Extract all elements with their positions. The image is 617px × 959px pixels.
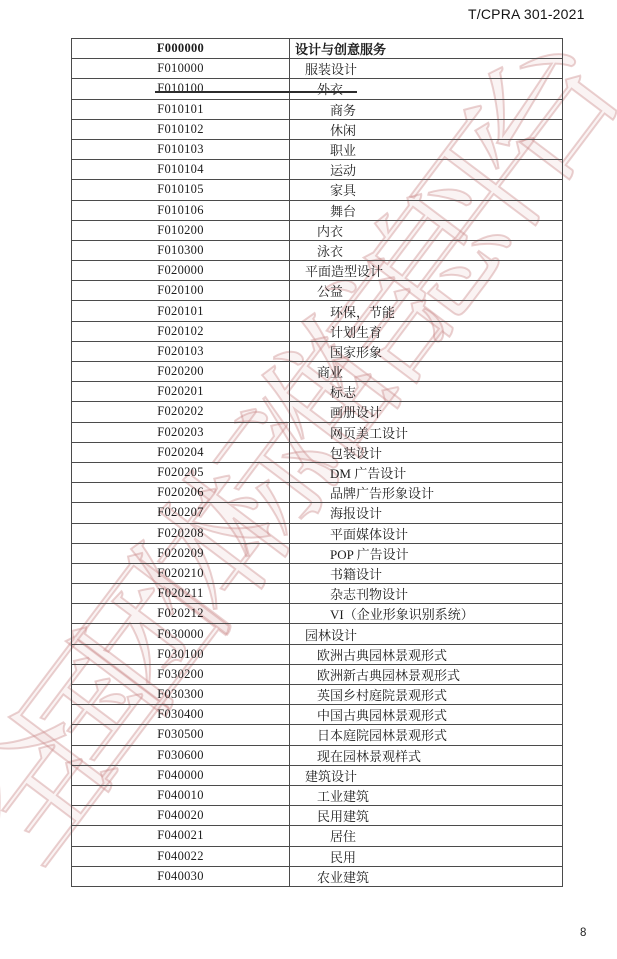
code-cell: F020201 (72, 382, 290, 402)
label-cell: 中国古典园林景观形式 (290, 705, 563, 725)
table-row: F030600现在园林景观样式 (72, 745, 563, 765)
label-cell: 画册设计 (290, 402, 563, 422)
code-cell: F020211 (72, 584, 290, 604)
code-cell: F010000 (72, 59, 290, 79)
label-cell: 服装设计 (290, 59, 563, 79)
table-row: F030000园林设计 (72, 624, 563, 644)
document-standard-number: T/CPRA 301-2021 (468, 6, 585, 22)
code-cell: F020207 (72, 503, 290, 523)
table-row: F020201标志 (72, 382, 563, 402)
label-cell: 日本庭院园林景观形式 (290, 725, 563, 745)
table-row: F020207海报设计 (72, 503, 563, 523)
label-cell: 网页美工设计 (290, 422, 563, 442)
table-row: F010300泳衣 (72, 240, 563, 260)
table-row: F010104运动 (72, 160, 563, 180)
code-cell: F030100 (72, 644, 290, 664)
code-cell: F000000 (72, 39, 290, 59)
classification-code-table: F000000设计与创意服务F010000服装设计F010100外衣F01010… (71, 38, 563, 887)
label-cell: 商业 (290, 362, 563, 382)
code-cell: F020000 (72, 261, 290, 281)
code-cell: F040030 (72, 866, 290, 886)
label-cell: VI（企业形象识别系统） (290, 604, 563, 624)
table-row: F010000服装设计 (72, 59, 563, 79)
label-cell: 工业建筑 (290, 785, 563, 805)
annotation-underline (155, 91, 357, 93)
label-cell: 现在园林景观样式 (290, 745, 563, 765)
table-row: F030500日本庭院园林景观形式 (72, 725, 563, 745)
table-row: F020205DM 广告设计 (72, 462, 563, 482)
table-row: F010102休闲 (72, 119, 563, 139)
code-cell: F020102 (72, 321, 290, 341)
table-row: F020209POP 广告设计 (72, 543, 563, 563)
page-number: 8 (580, 927, 586, 939)
table-row: F010101商务 (72, 99, 563, 119)
code-cell: F010105 (72, 180, 290, 200)
label-cell: 民用建筑 (290, 806, 563, 826)
table-row: F020000平面造型设计 (72, 261, 563, 281)
label-cell: 农业建筑 (290, 866, 563, 886)
table-row: F040020民用建筑 (72, 806, 563, 826)
table-row: F020208平面媒体设计 (72, 523, 563, 543)
code-cell: F010300 (72, 240, 290, 260)
label-cell: 舞台 (290, 200, 563, 220)
label-cell: 国家形象 (290, 341, 563, 361)
label-cell: 海报设计 (290, 503, 563, 523)
code-cell: F020200 (72, 362, 290, 382)
code-cell: F020101 (72, 301, 290, 321)
table-row: F020100公益 (72, 281, 563, 301)
code-cell: F030500 (72, 725, 290, 745)
label-cell: 平面造型设计 (290, 261, 563, 281)
label-cell: 建筑设计 (290, 765, 563, 785)
code-cell: F040010 (72, 785, 290, 805)
table-row: F030300英国乡村庭院景观形式 (72, 685, 563, 705)
table-row: F020206品牌广告形象设计 (72, 483, 563, 503)
table-row: F010100外衣 (72, 79, 563, 99)
label-cell: 居住 (290, 826, 563, 846)
label-cell: 杂志刊物设计 (290, 584, 563, 604)
code-cell: F020205 (72, 462, 290, 482)
table-row: F040030农业建筑 (72, 866, 563, 886)
label-cell: 民用 (290, 846, 563, 866)
table-row: F000000设计与创意服务 (72, 39, 563, 59)
code-cell: F040022 (72, 846, 290, 866)
table-row: F040021居住 (72, 826, 563, 846)
table-row: F020101环保，节能 (72, 301, 563, 321)
table-row: F020202画册设计 (72, 402, 563, 422)
code-cell: F020103 (72, 341, 290, 361)
table-row: F030400中国古典园林景观形式 (72, 705, 563, 725)
code-cell: F020203 (72, 422, 290, 442)
label-cell: 品牌广告形象设计 (290, 483, 563, 503)
code-cell: F030000 (72, 624, 290, 644)
table-row: F010106舞台 (72, 200, 563, 220)
label-cell: 设计与创意服务 (290, 39, 563, 59)
code-cell: F020208 (72, 523, 290, 543)
code-cell: F040021 (72, 826, 290, 846)
code-cell: F020210 (72, 563, 290, 583)
table-row: F020212VI（企业形象识别系统） (72, 604, 563, 624)
label-cell: 欧洲古典园林景观形式 (290, 644, 563, 664)
table-row: F020102计划生育 (72, 321, 563, 341)
label-cell: 包装设计 (290, 442, 563, 462)
table-row: F020103国家形象 (72, 341, 563, 361)
label-cell: 平面媒体设计 (290, 523, 563, 543)
label-cell: 书籍设计 (290, 563, 563, 583)
label-cell: 公益 (290, 281, 563, 301)
table-row: F040000建筑设计 (72, 765, 563, 785)
code-cell: F030200 (72, 664, 290, 684)
code-cell: F040020 (72, 806, 290, 826)
label-cell: 运动 (290, 160, 563, 180)
table-row: F040022民用 (72, 846, 563, 866)
label-cell: 英国乡村庭院景观形式 (290, 685, 563, 705)
code-cell: F010101 (72, 99, 290, 119)
code-cell: F010102 (72, 119, 290, 139)
label-cell: 职业 (290, 139, 563, 159)
label-cell: 标志 (290, 382, 563, 402)
table-row: F020203网页美工设计 (72, 422, 563, 442)
label-cell: 外衣 (290, 79, 563, 99)
table-body: F000000设计与创意服务F010000服装设计F010100外衣F01010… (72, 39, 563, 887)
code-cell: F010103 (72, 139, 290, 159)
table-row: F020200商业 (72, 362, 563, 382)
code-cell: F010200 (72, 220, 290, 240)
table-row: F020210书籍设计 (72, 563, 563, 583)
table-row: F020204包装设计 (72, 442, 563, 462)
code-cell: F020206 (72, 483, 290, 503)
table-row: F010200内衣 (72, 220, 563, 240)
code-cell: F020100 (72, 281, 290, 301)
code-cell: F020202 (72, 402, 290, 422)
code-cell: F020204 (72, 442, 290, 462)
code-cell: F020209 (72, 543, 290, 563)
code-cell: F010100 (72, 79, 290, 99)
table-row: F030200欧洲新古典园林景观形式 (72, 664, 563, 684)
code-cell: F010106 (72, 200, 290, 220)
label-cell: POP 广告设计 (290, 543, 563, 563)
label-cell: DM 广告设计 (290, 462, 563, 482)
label-cell: 计划生育 (290, 321, 563, 341)
table-row: F020211杂志刊物设计 (72, 584, 563, 604)
table-row: F030100欧洲古典园林景观形式 (72, 644, 563, 664)
table-row: F010103职业 (72, 139, 563, 159)
label-cell: 环保，节能 (290, 301, 563, 321)
code-cell: F030600 (72, 745, 290, 765)
label-cell: 内衣 (290, 220, 563, 240)
code-cell: F030400 (72, 705, 290, 725)
label-cell: 家具 (290, 180, 563, 200)
label-cell: 休闲 (290, 119, 563, 139)
code-cell: F040000 (72, 765, 290, 785)
label-cell: 欧洲新古典园林景观形式 (290, 664, 563, 684)
label-cell: 商务 (290, 99, 563, 119)
code-cell: F010104 (72, 160, 290, 180)
table-row: F010105家具 (72, 180, 563, 200)
code-cell: F020212 (72, 604, 290, 624)
table-row: F040010工业建筑 (72, 785, 563, 805)
label-cell: 泳衣 (290, 240, 563, 260)
code-cell: F030300 (72, 685, 290, 705)
label-cell: 园林设计 (290, 624, 563, 644)
